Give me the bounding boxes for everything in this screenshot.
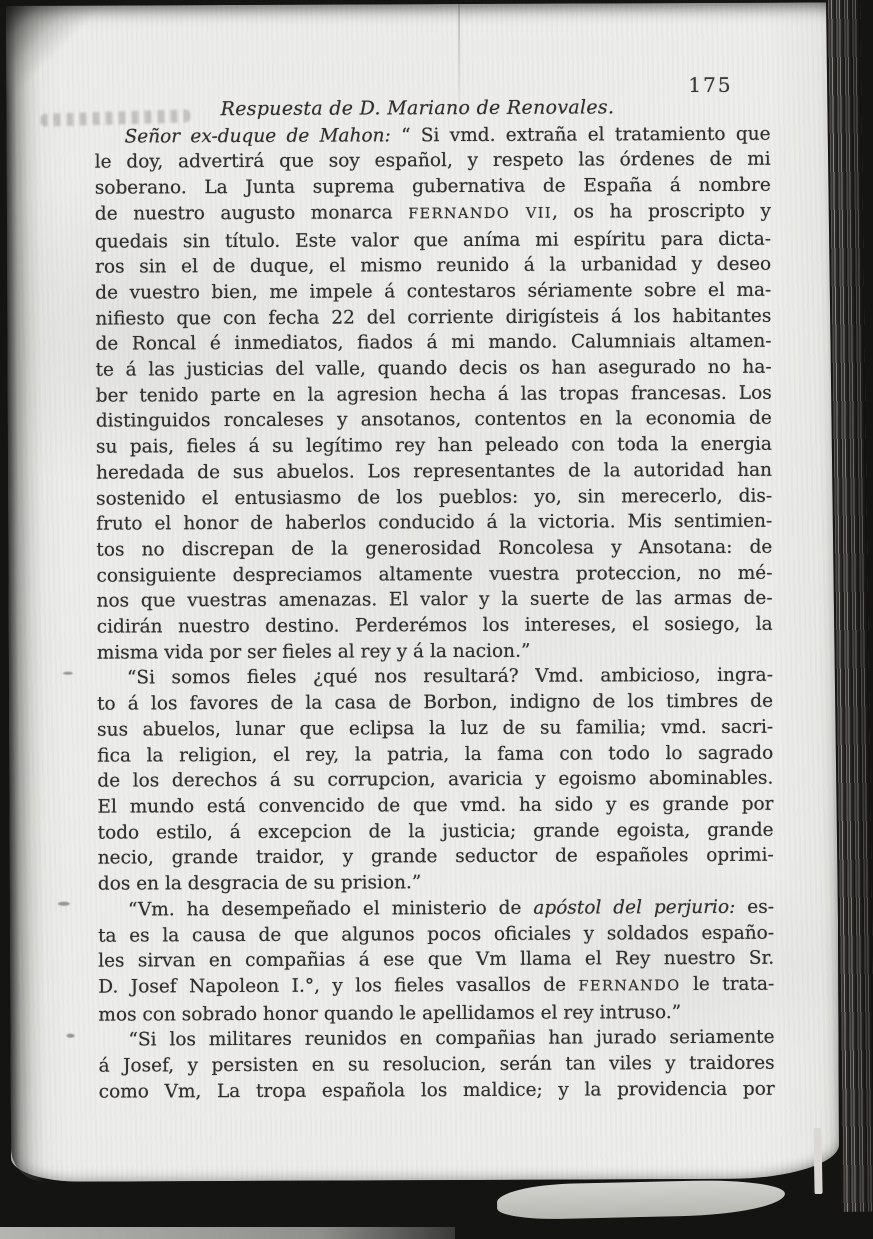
text-segment: “Vm. ha desempeñado el ministerio de (128, 898, 534, 921)
text-segment: como Vm, La tropa española los maldice; … (99, 1078, 775, 1102)
text-segment: D. Josef Napoleon I.°, y los fieles vasa… (98, 974, 578, 997)
text-line: fruto el honor de haberlos conducido á l… (96, 509, 772, 538)
text-line: á Josef, y persisten en su resolucion, s… (99, 1051, 775, 1080)
text-line: mos con sobrado honor quando le apellida… (98, 999, 774, 1028)
text-segment: mos con sobrado honor quando le apellida… (98, 1002, 681, 1026)
text-segment: le trata- (680, 974, 774, 995)
margin-speck (58, 902, 70, 906)
text-segment: “Si los militares reunidos en compañias … (128, 1027, 774, 1051)
text-segment: distinguidos roncaleses y ansotanos, con… (96, 408, 772, 432)
text-line: sostenido el entusiasmo de los pueblos: … (96, 483, 772, 512)
text-line: “Si los militares reunidos en compañias … (98, 1025, 774, 1054)
book-scan: 175 Respuesta de D. Mariano de Renovales… (0, 0, 873, 1239)
text-segment: ros sin el de duque, el mismo reunido á … (95, 254, 771, 278)
smallcaps-text: FERNANDO VII (408, 205, 552, 222)
text-segment: les sirvan en compañias á ese que Vm lla… (98, 948, 774, 972)
text-line: dos en la desgracia de su prision.” (98, 869, 774, 898)
paragraph: “Si los militares reunidos en compañias … (98, 1025, 774, 1105)
text-segment: ta es la causa de que algunos pocos ofic… (98, 922, 774, 946)
text-segment: de nuestro augusto monarca (95, 202, 408, 224)
text-segment: nos que vuestras amenazas. El valor y la… (97, 588, 773, 612)
text-line: les sirvan en compañias á ese que Vm lla… (98, 946, 774, 975)
text-segment: nifiesto que con fecha 22 del corriente … (95, 305, 771, 329)
text-segment: fruto el honor de haberlos conducido á l… (96, 511, 772, 535)
text-line: de los derechos á su corrupcion, avarici… (97, 766, 773, 795)
text-line: heredada de sus abuelos. Los representan… (96, 458, 772, 487)
text-segment: ber tenido parte en la agresion hecha á … (96, 382, 772, 406)
page-title: Respuesta de D. Mariano de Renovales. (94, 95, 770, 124)
paragraph: Señor ex-duque de Mahon: “ Si vmd. extra… (95, 121, 773, 666)
paragraph: “Vm. ha desempeñado el ministerio de apó… (98, 894, 775, 1027)
text-line: fica la religion, el rey, la patria, la … (97, 740, 773, 769)
text-line: como Vm, La tropa española los maldice; … (99, 1076, 775, 1105)
text-segment: de los derechos á su corrupcion, avarici… (97, 768, 773, 792)
text-segment: heredada de sus abuelos. Los representan… (96, 460, 772, 484)
text-line: ros sin el de duque, el mismo reunido á … (95, 252, 771, 281)
text-segment: te á las justicias del valle, quando dec… (96, 357, 772, 381)
text-line: “Si somos fieles ¿qué nos resultará? Vmd… (97, 663, 773, 692)
text-line: consiguiente despreciamos altamente vues… (96, 560, 772, 589)
paragraph: “Si somos fieles ¿qué nos resultará? Vmd… (97, 663, 774, 897)
text-line: su pais, fieles á su legítimo rey han pe… (96, 432, 772, 461)
text-line: de nuestro augusto monarca FERNANDO VII,… (95, 198, 771, 229)
text-line: Señor ex-duque de Mahon: “ Si vmd. extra… (95, 121, 771, 150)
page-edge-highlight (813, 1128, 822, 1194)
text-line: te á las justicias del valle, quando dec… (96, 355, 772, 384)
text-line: distinguidos roncaleses y ansotanos, con… (96, 406, 772, 435)
text-line: to á los favores de la casa de Borbon, i… (97, 689, 773, 718)
text-line: le doy, advertirá que soy español, y res… (95, 147, 771, 176)
text-line: necio, grande traidor, y grande seductor… (98, 843, 774, 872)
text-line: misma vida por ser fieles al rey y á la … (97, 637, 773, 666)
text-line: El mundo está convencido de que vmd. ha … (97, 792, 773, 821)
page-number: 175 (688, 73, 732, 97)
page: 175 Respuesta de D. Mariano de Renovales… (6, 2, 839, 1182)
text-line: ber tenido parte en la agresion hecha á … (96, 380, 772, 409)
text-segment: dos en la desgracia de su prision.” (98, 872, 422, 894)
text-segment: to á los favores de la casa de Borbon, i… (97, 691, 773, 715)
text-segment: tos no discrepan de la generosidad Ronco… (96, 537, 772, 561)
text-segment: de Roncal é inmediatos, fiados á mi mand… (95, 331, 771, 355)
text-line: de vuestro bien, me impele á contestaros… (95, 278, 771, 307)
text-segment: le doy, advertirá que soy español, y res… (95, 149, 771, 173)
text-segment: quedais sin título. Este valor que aníma… (95, 228, 771, 252)
text-segment: sostenido el entusiasmo de los pueblos: … (96, 485, 772, 509)
text-line: de Roncal é inmediatos, fiados á mi mand… (95, 329, 771, 358)
text-segment: sus abuelos, lunar que eclipsa la luz de… (97, 717, 773, 741)
smallcaps-text: FERNANDO (578, 978, 680, 994)
text-segment: fica la religion, el rey, la patria, la … (97, 742, 773, 766)
text-line: tos no discrepan de la generosidad Ronco… (96, 535, 772, 564)
margin-speck (63, 672, 73, 675)
text-segment: soberano. La Junta suprema gubernativa d… (95, 175, 771, 199)
italic-text: Señor ex-duque de Mahon: (125, 125, 391, 147)
text-segment: “ Si vmd. extraña el tratamiento que (391, 123, 771, 146)
text-line: soberano. La Junta suprema gubernativa d… (95, 173, 771, 202)
margin-speck (66, 1034, 74, 1038)
text-segment: El mundo está convencido de que vmd. ha … (97, 794, 773, 818)
text-segment: cidirán nuestro destino. Perderémos los … (97, 614, 773, 638)
text-segment: á Josef, y persisten en su resolucion, s… (99, 1053, 775, 1077)
text-line: nos que vuestras amenazas. El valor y la… (97, 586, 773, 615)
text-line: “Vm. ha desempeñado el ministerio de apó… (98, 894, 774, 923)
text-segment: “Si somos fieles ¿qué nos resultará? Vmd… (127, 665, 773, 689)
scanner-surface-strip (0, 1227, 455, 1239)
text-line: nifiesto que con fecha 22 del corriente … (95, 303, 771, 332)
text-line: sus abuelos, lunar que eclipsa la luz de… (97, 715, 773, 744)
text-segment: todo estilo, á excepcion de la justicia;… (98, 819, 774, 843)
text-block: Respuesta de D. Mariano de Renovales. Se… (94, 95, 774, 1105)
text-line: D. Josef Napoleon I.°, y los fieles vasa… (98, 972, 774, 1003)
text-segment: consiguiente despreciamos altamente vues… (96, 562, 772, 586)
text-segment: su pais, fieles á su legítimo rey han pe… (96, 434, 772, 458)
text-line: quedais sin título. Este valor que aníma… (95, 226, 771, 255)
text-segment: misma vida por ser fieles al rey y á la … (97, 640, 531, 663)
text-line: ta es la causa de que algunos pocos ofic… (98, 920, 774, 949)
italic-text: apóstol del perjurio: (533, 897, 735, 919)
text-segment: necio, grande traidor, y grande seductor… (98, 845, 774, 869)
text-line: todo estilo, á excepcion de la justicia;… (98, 817, 774, 846)
gutter-shadow (6, 6, 45, 1182)
text-segment: de vuestro bien, me impele á contestaros… (95, 280, 771, 304)
text-line: cidirán nuestro destino. Perderémos los … (97, 612, 773, 641)
under-page-corner (497, 1179, 786, 1221)
text-segment: es- (735, 896, 774, 917)
text-segment: , os ha proscripto y (552, 200, 771, 222)
